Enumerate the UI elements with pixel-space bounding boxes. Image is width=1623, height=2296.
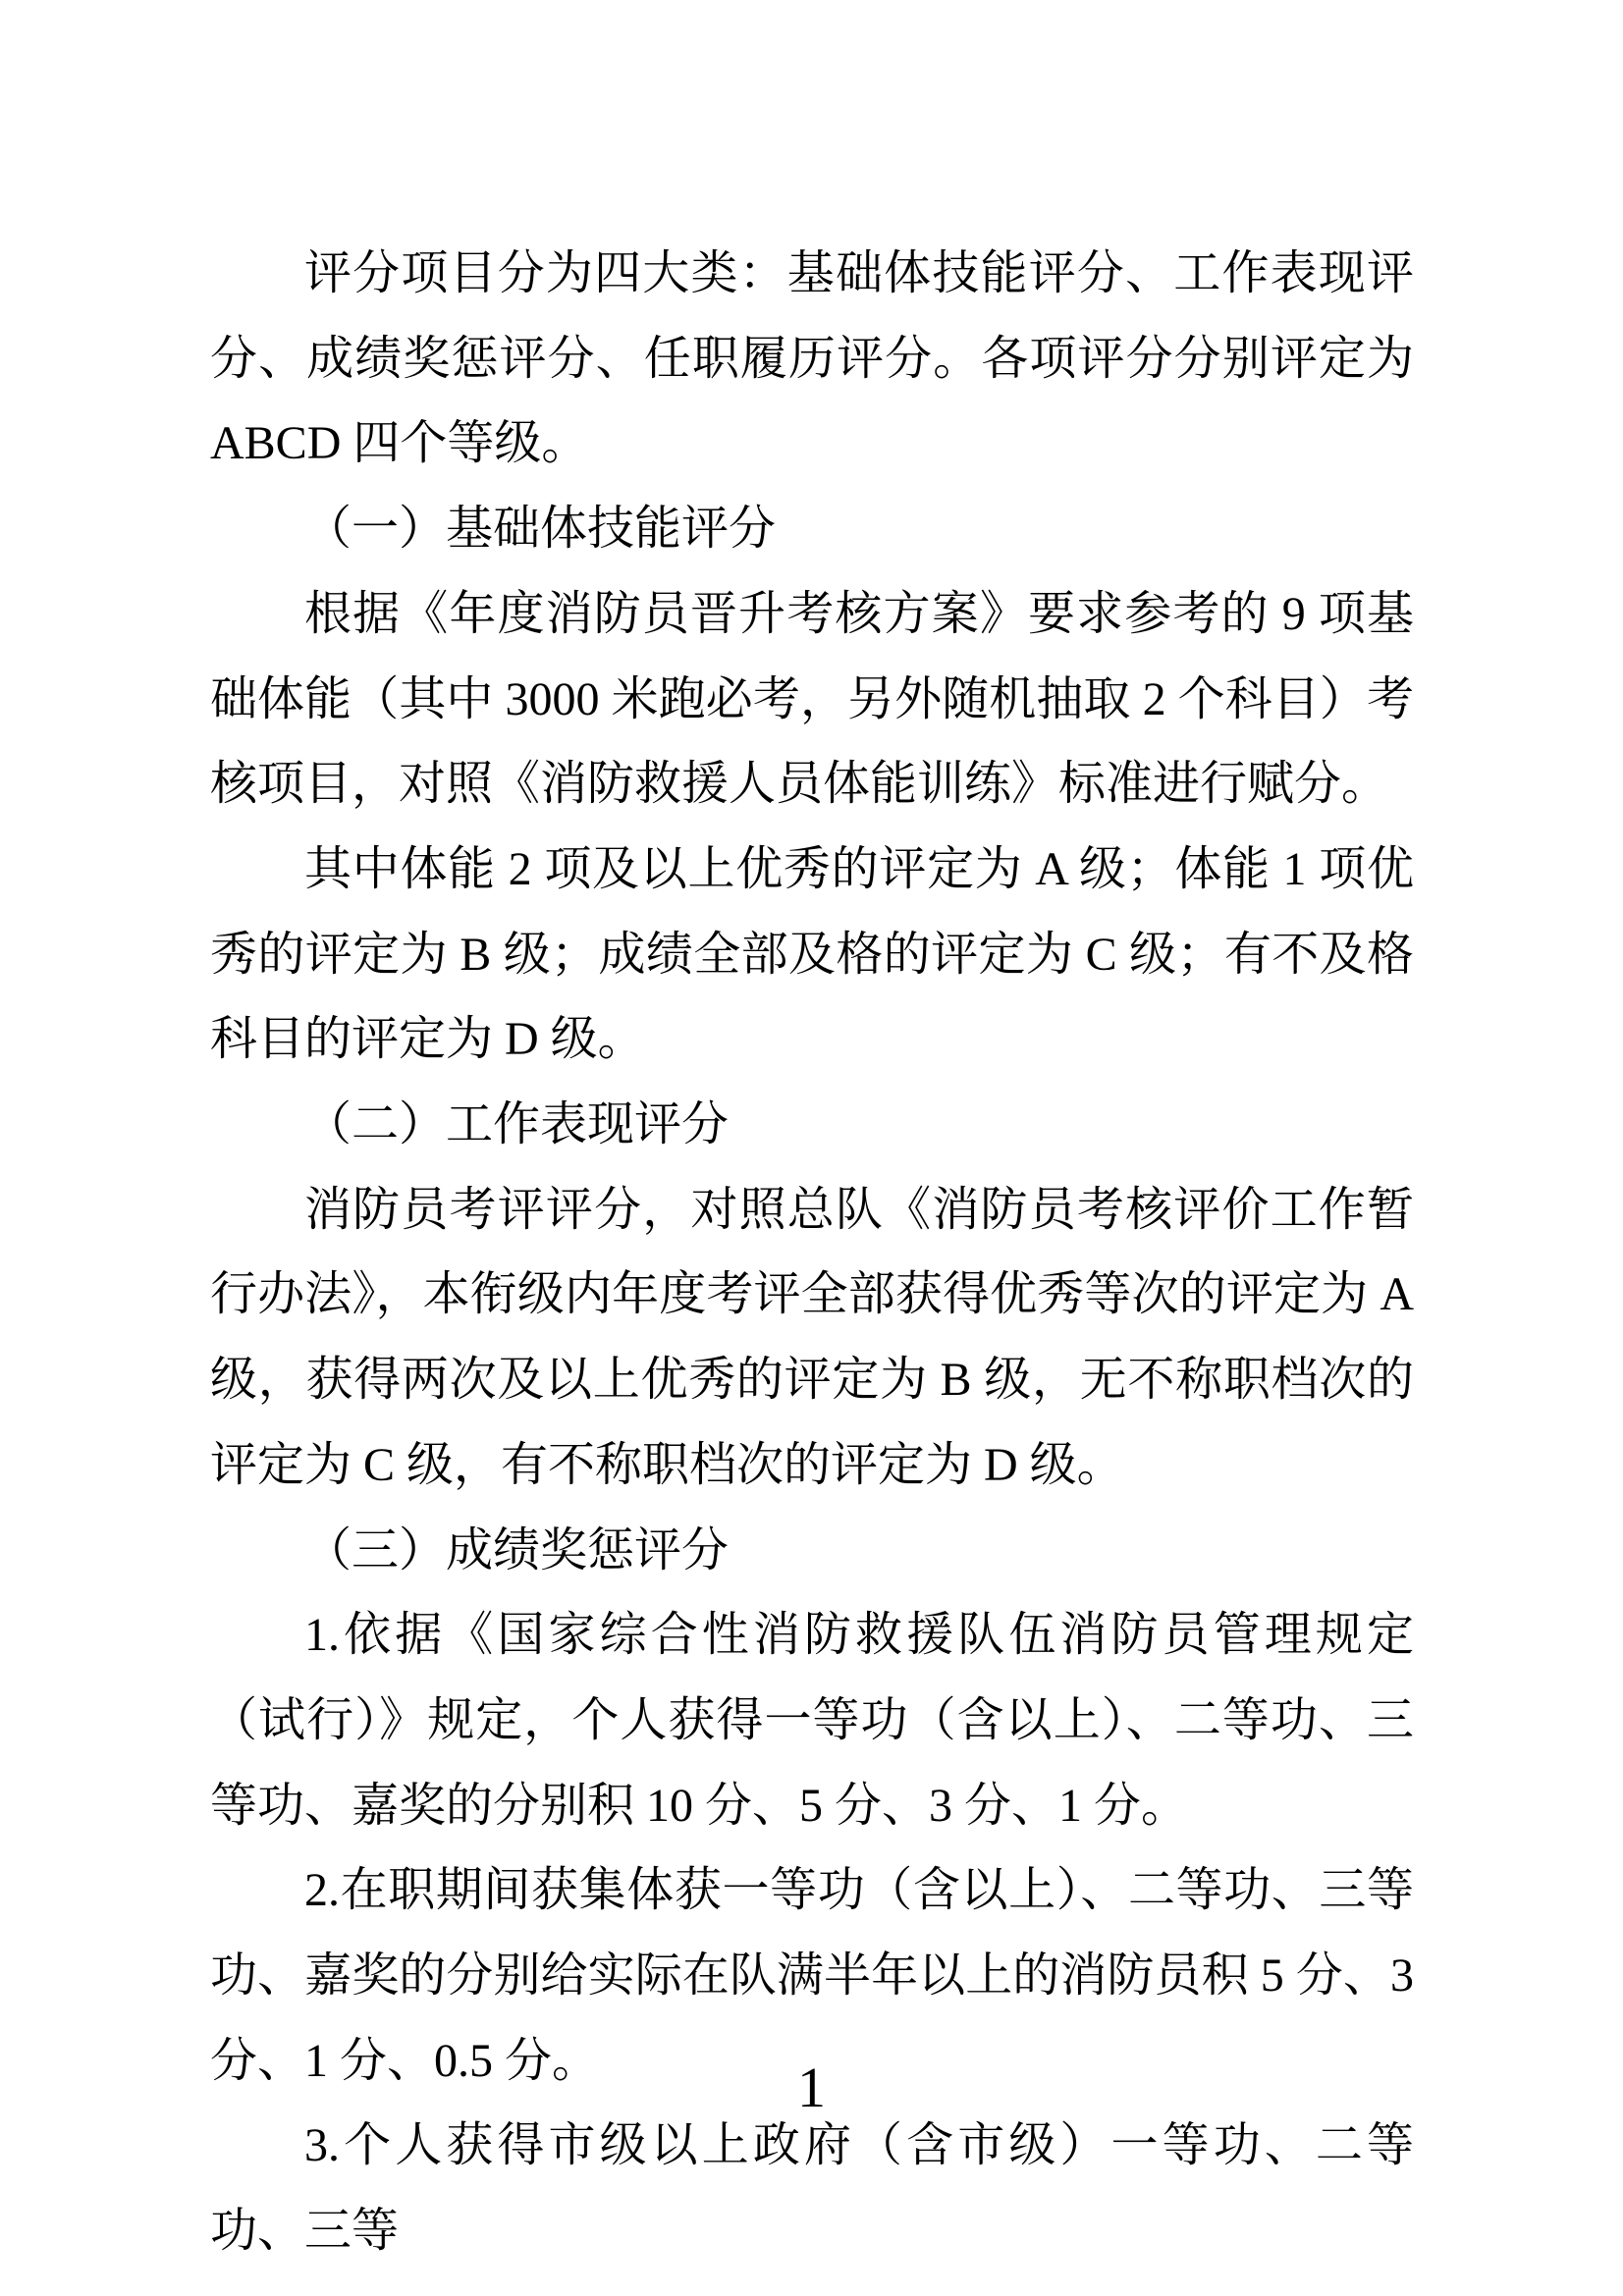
paragraph-intro: 评分项目分为四大类：基础体技能评分、工作表现评分、成绩奖惩评分、任职履历评分。各…: [210, 232, 1414, 487]
document-page: 评分项目分为四大类：基础体技能评分、工作表现评分、成绩奖惩评分、任职履历评分。各…: [0, 0, 1623, 2296]
page-number: 1: [0, 2059, 1623, 2116]
paragraph-work-performance-rule: 消防员考评评分，对照总队《消防员考核评价工作暂行办法》，本衔级内年度考评全部获得…: [210, 1168, 1414, 1509]
heading-award-punishment-score: （三）成绩奖惩评分: [210, 1509, 1414, 1594]
paragraph-award-item-3: 3.个人获得市级以上政府（含市级）一等功、二等功、三等: [210, 2104, 1414, 2273]
paragraph-award-item-1: 1.依据《国家综合性消防救援队伍消防员管理规定（试行）》规定，个人获得一等功（含…: [210, 1593, 1414, 1848]
paragraph-basic-skill-grades: 其中体能 2 项及以上优秀的评定为 A 级；体能 1 项优秀的评定为 B 级；成…: [210, 828, 1414, 1083]
document-body: 评分项目分为四大类：基础体技能评分、工作表现评分、成绩奖惩评分、任职履历评分。各…: [210, 232, 1414, 2274]
heading-work-performance-score: （二）工作表现评分: [210, 1083, 1414, 1168]
paragraph-basic-skill-rule: 根据《年度消防员晋升考核方案》要求参考的 9 项基础体能（其中 3000 米跑必…: [210, 572, 1414, 828]
heading-basic-skill-score: （一）基础体技能评分: [210, 487, 1414, 572]
